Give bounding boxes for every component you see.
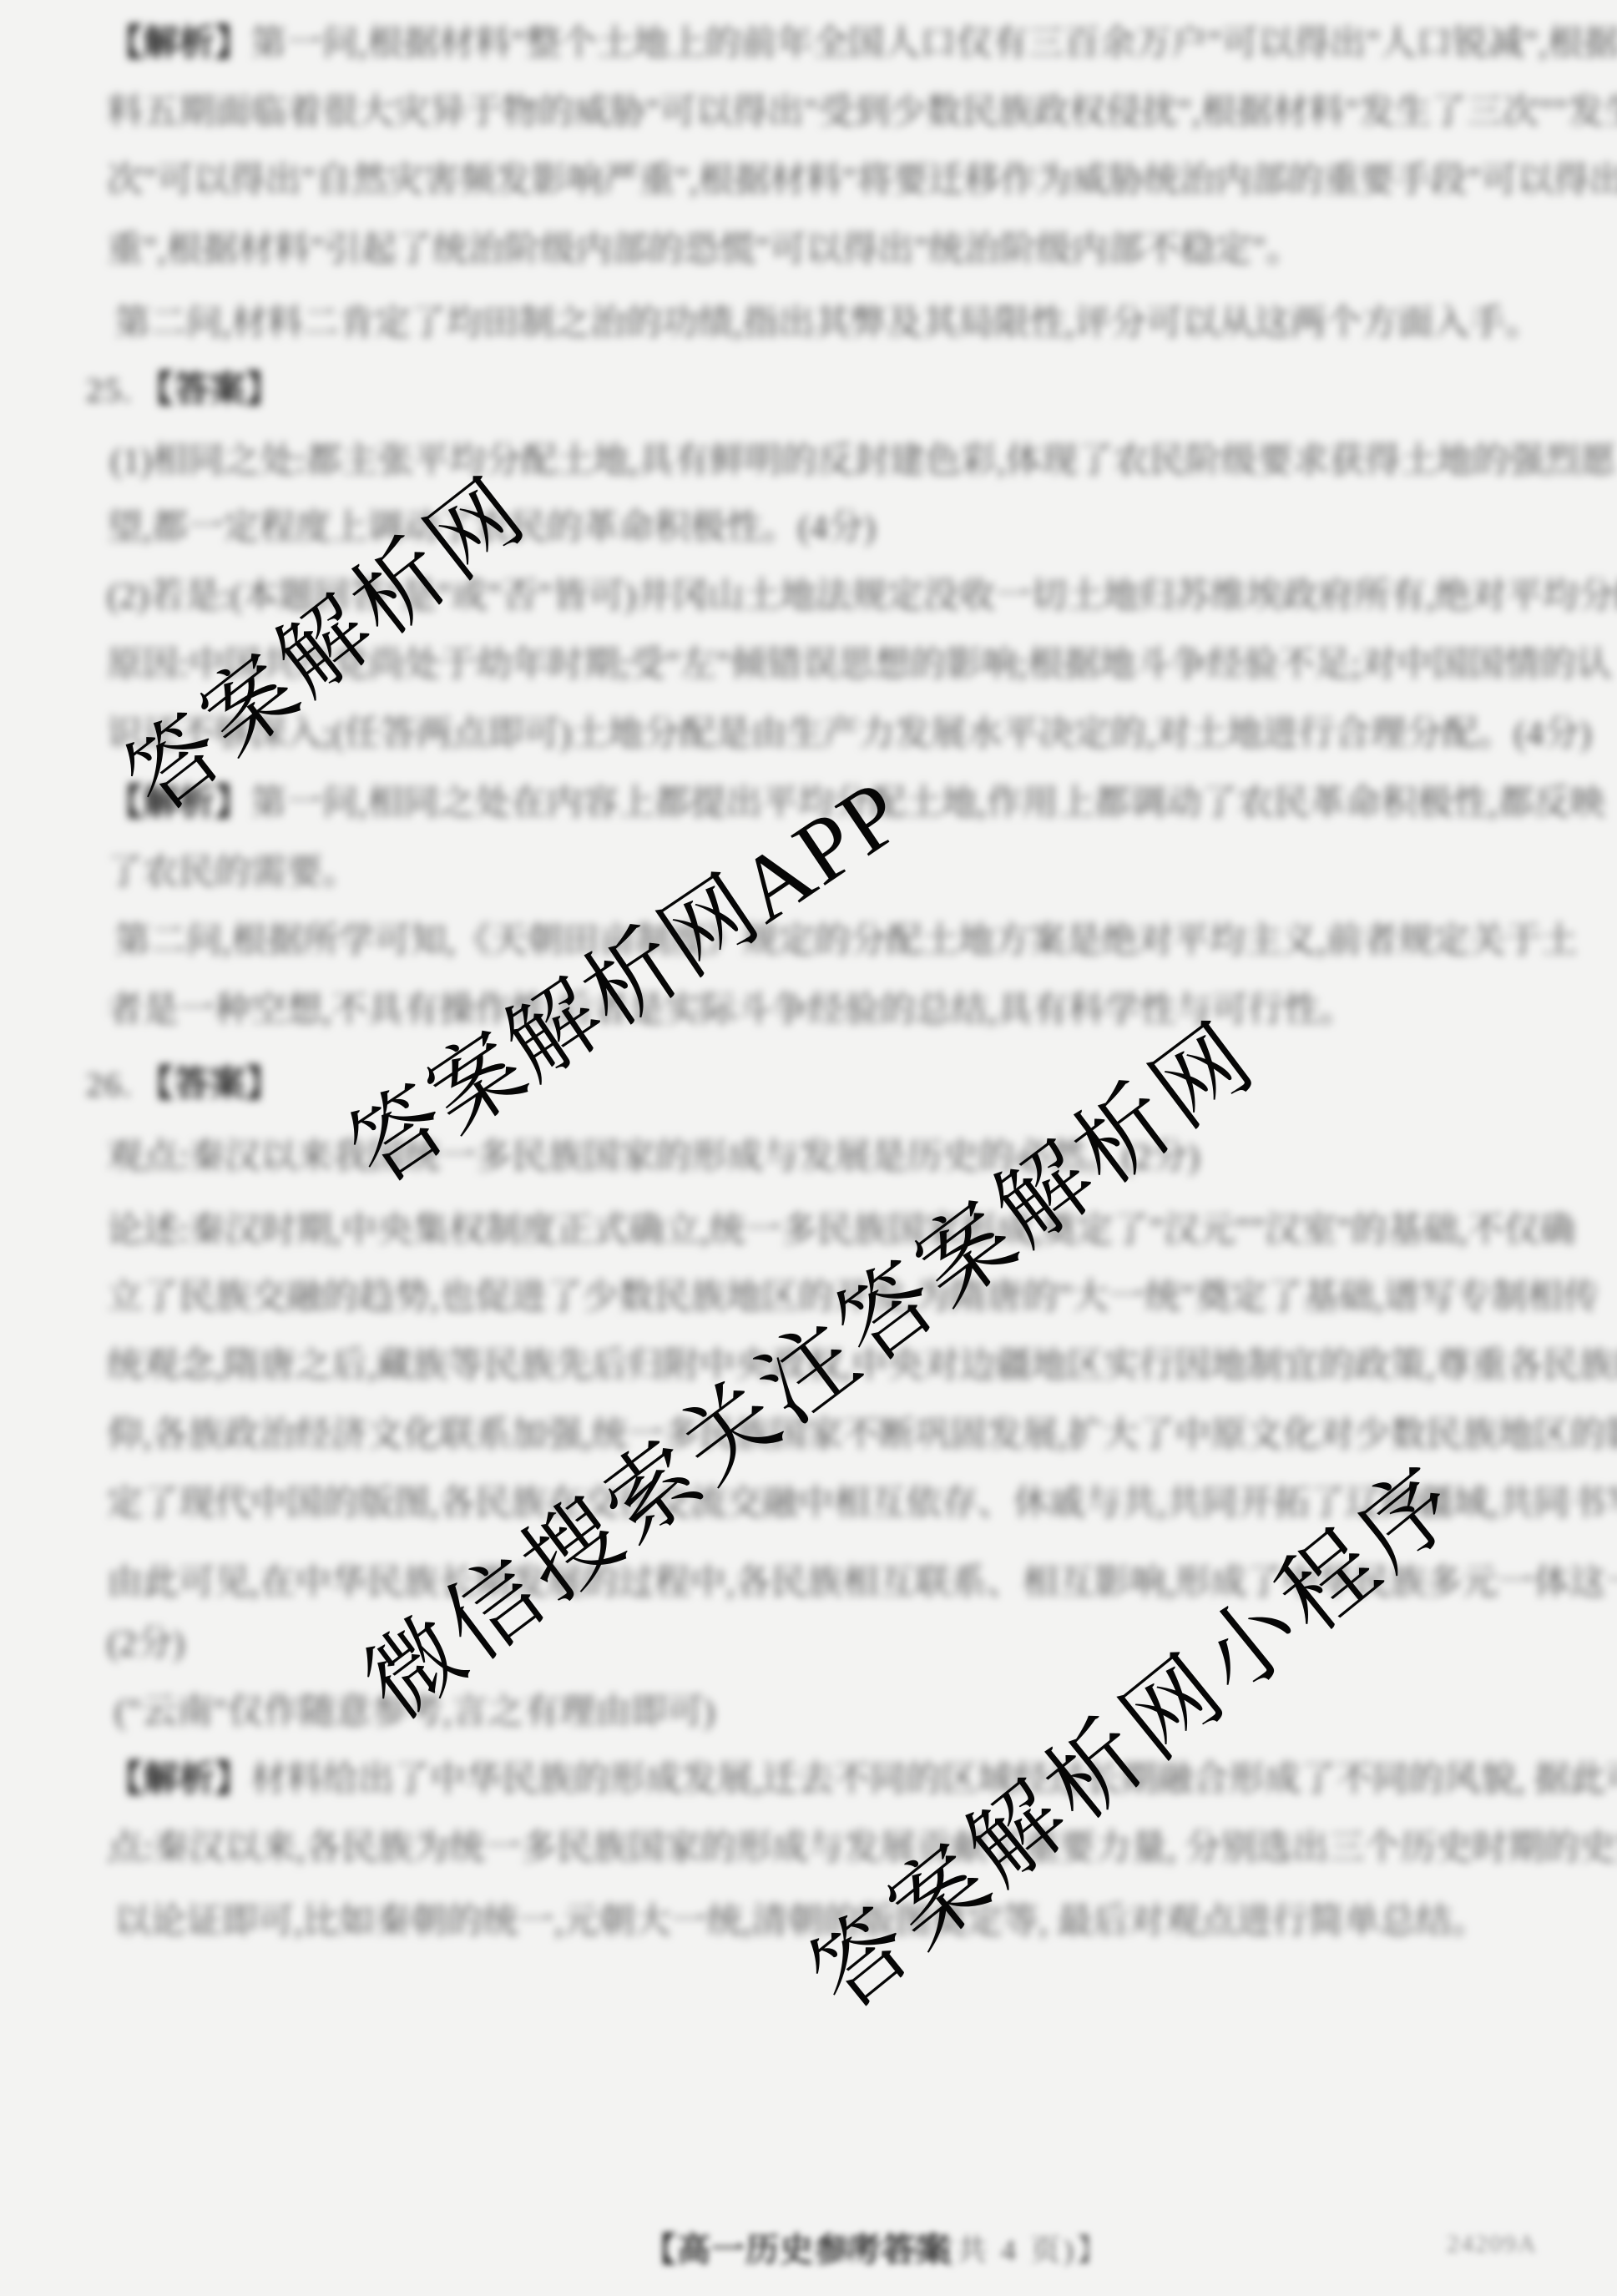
document-text-line: 论述:秦汉时期,中央集权制度正式确立,统一多民族国家形成,奠定了"汉元""汉室"…	[107, 1209, 1575, 1253]
answer-text: 第一问,根据材料"整个土地上的前年全国人口仅有三百余万户"可以得出"人口锐减",…	[250, 24, 1617, 63]
document-text-line: (2分)	[107, 1622, 184, 1666]
answer-text: 论述:秦汉时期,中央集权制度正式确立,统一多民族国家形成,奠定了"汉元""汉室"…	[107, 1211, 1575, 1250]
bold-section-marker: 【解析】	[107, 24, 250, 63]
document-text-line: 【解析】第一问,根据材料"整个土地上的前年全国人口仅有三百余万户"可以得出"人口…	[107, 23, 1617, 66]
footer-exam-code: 24209A	[1447, 2230, 1538, 2258]
document-text-line: (1)相同之处:都主张平均分配土地,具有鲜明的反封建色彩,体现了农民阶级要求获得…	[110, 440, 1616, 483]
bold-section-marker: 【解析】	[107, 1760, 250, 1799]
answer-text: 第二问,材料二肯定了均田制之治的功绩,指出其弊及其局限性,评分可以从这两个方面入…	[114, 304, 1541, 343]
answer-text: 第二问,根据所学可知,《天朝田亩制度》规定的分配土地方案是绝对平均主义,前者规定…	[114, 921, 1577, 961]
answer-text: (2分)	[107, 1624, 184, 1663]
document-text-line: 料五期面临着很大灾异于物的威胁"可以得出"受到少数民族政权侵扰",根据材料"发生…	[107, 91, 1617, 134]
document-text-line: 【解析】材料给出了中华民族的形成发展,迁去不同的区域经过长期融合形成了不同的风貌…	[107, 1759, 1617, 1802]
answer-text: 重",根据材料"引起了统治阶级内部的恐慌"可以得出"统治阶级内部不稳定"。	[107, 230, 1302, 270]
document-text-line: 第二问,材料二肯定了均田制之治的功绩,指出其弊及其局限性,评分可以从这两个方面入…	[114, 302, 1541, 346]
answer-text: 材料给出了中华民族的形成发展,迁去不同的区域经过长期融合形成了不同的风貌, 据此…	[250, 1760, 1617, 1799]
document-text-line: 第二问,根据所学可知,《天朝田亩制度》规定的分配土地方案是绝对平均主义,前者规定…	[114, 920, 1577, 963]
answer-text: (1)相同之处:都主张平均分配土地,具有鲜明的反封建色彩,体现了农民阶级要求获得…	[110, 442, 1616, 481]
question-number: 26.	[86, 1066, 138, 1103]
bold-section-marker: 【答案】	[138, 371, 281, 410]
watermark-site-name: 答案解析网	[94, 441, 549, 835]
answer-text: 了农民的需要。	[107, 853, 358, 892]
document-text-line: 26.【答案】	[86, 1063, 281, 1107]
question-number: 25.	[86, 371, 138, 409]
document-text-line: 重",根据材料"引起了统治阶级内部的恐慌"可以得出"统治阶级内部不稳定"。	[107, 229, 1302, 272]
document-text-line: 了农民的需要。	[107, 851, 358, 895]
bold-section-marker: 【答案】	[138, 1065, 281, 1104]
answer-text: 次"可以得出"自然灾害频发影响严重",根据材料"将要迁移作为威胁统治内部的重要手…	[107, 161, 1617, 200]
document-text-line: 25.【答案】	[86, 369, 281, 412]
exam-answer-page: 【解析】第一问,根据材料"整个土地上的前年全国人口仅有三百余万户"可以得出"人口…	[0, 0, 1617, 2296]
document-text-line: 次"可以得出"自然灾害频发影响严重",根据材料"将要迁移作为威胁统治内部的重要手…	[107, 159, 1617, 203]
answer-text: 第一问,相同之处在内容上都提出平均分配土地,作用上都调动了农民革命积极性,都反映	[250, 784, 1605, 823]
footer-page-number: 第 4 页(共 4 页)】	[836, 2227, 1110, 2269]
answer-text: 料五期面临着很大灾异于物的威胁"可以得出"受到少数民族政权侵扰",根据材料"发生…	[107, 93, 1617, 132]
